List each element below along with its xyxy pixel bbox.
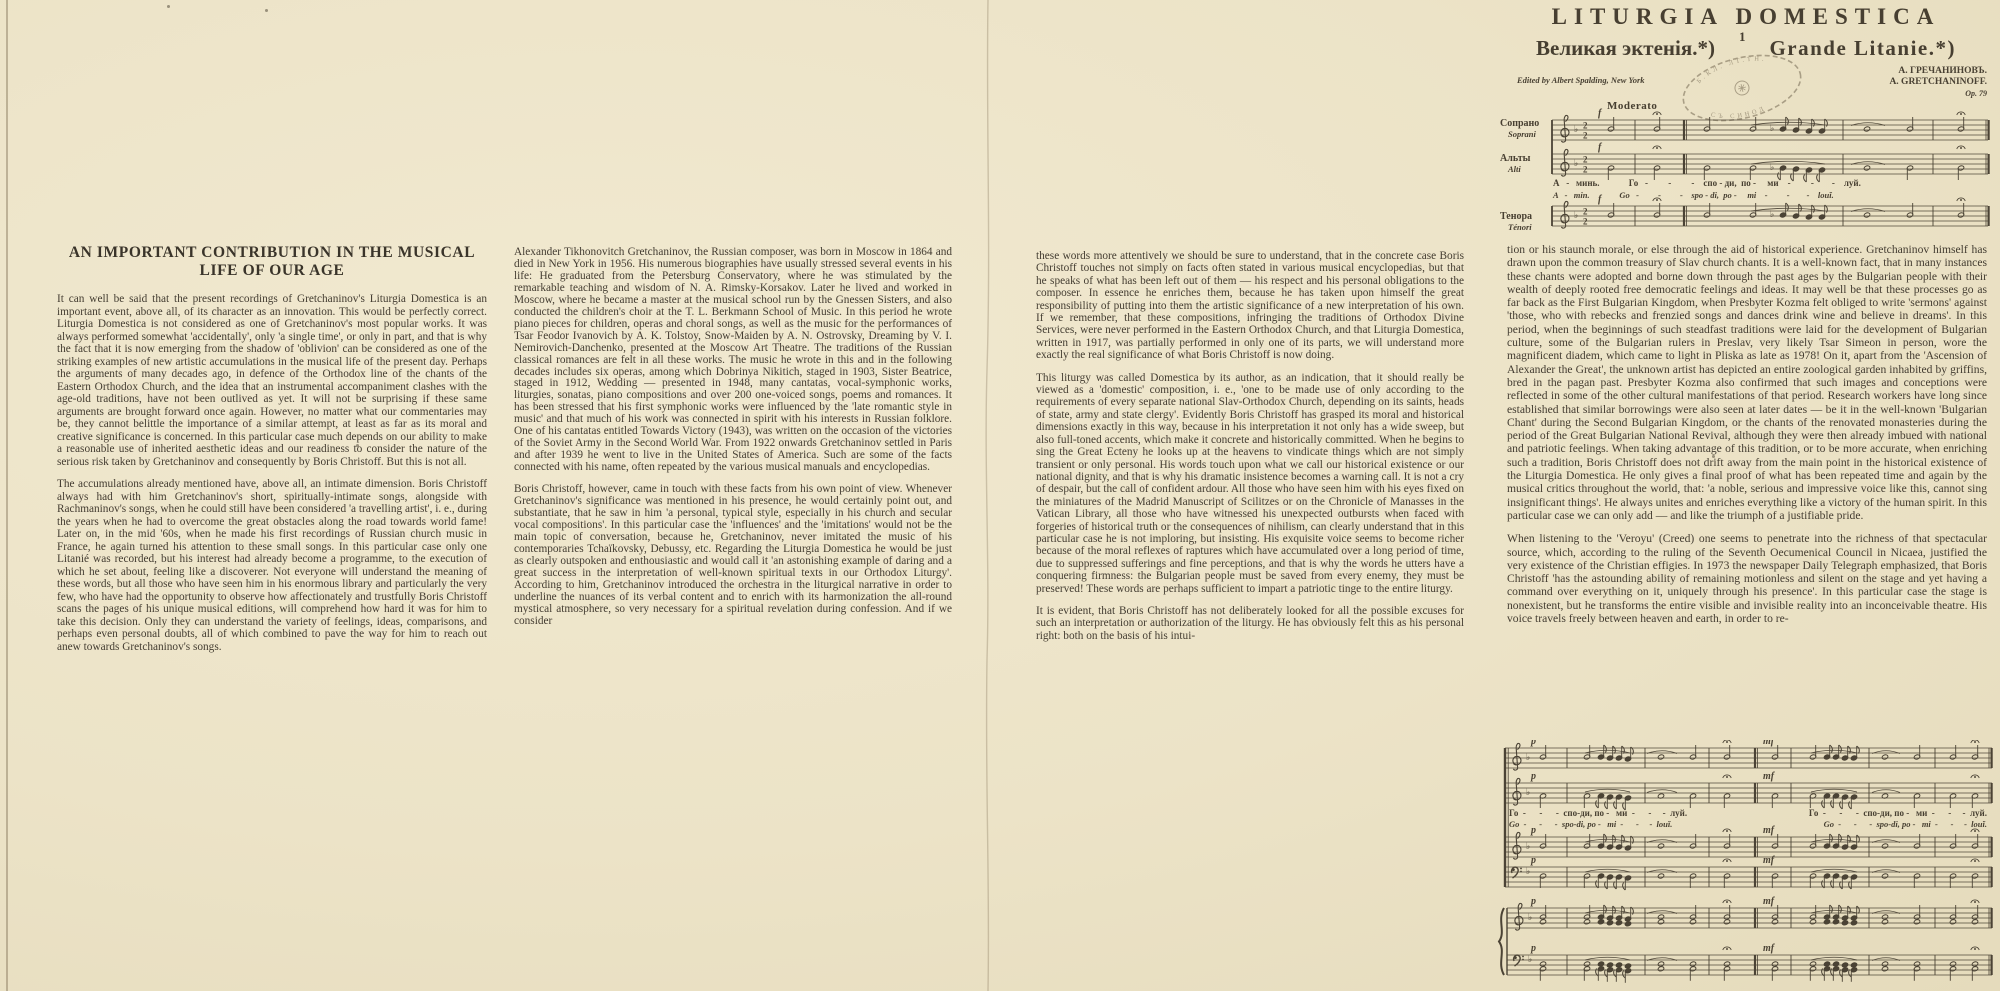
paper-speck: [265, 9, 268, 12]
lyrics-transliteration: Go - - - spo-di, po - mi - - - louĭ.: [1824, 819, 1987, 829]
paragraph: tion or his staunch morale, or else thro…: [1507, 243, 1987, 522]
paragraph: these words more attentively we should b…: [1036, 250, 1464, 362]
lyrics-cyrillic: А - минь. Го - - - спо - ди, по - ми - -…: [1553, 178, 1861, 188]
score-subtitle: Великая эктенія.*) 1 Grande Litanie.*): [1495, 36, 1997, 61]
svg-text:2: 2: [1583, 207, 1588, 217]
svg-text:♭: ♭: [1526, 753, 1530, 763]
svg-text:♭: ♭: [1770, 163, 1774, 173]
svg-text:2: 2: [1583, 165, 1588, 175]
column-2: Alexander Tikhonovitch Gretchaninov, the…: [514, 247, 952, 638]
voice-name-lat: Soprani: [1500, 129, 1539, 140]
svg-text:p: p: [1530, 855, 1536, 866]
page-edge-line: [6, 0, 8, 991]
staff-alto-2: ♭pmf: [1505, 771, 1992, 810]
svg-text:p: p: [1530, 740, 1536, 747]
paper-speck: [167, 5, 170, 8]
piano-staff: ♭pmf: [1507, 943, 1992, 983]
svg-text:СЪ СИНОД: СЪ СИНОД: [1709, 98, 1768, 126]
paragraph: Alexander Tikhonovitch Gretchaninov, the…: [514, 247, 952, 474]
svg-text:♭: ♭: [1528, 913, 1532, 923]
paragraph: The accumulations already mentioned have…: [57, 478, 487, 653]
voice-name-cyr: Альты: [1500, 153, 1530, 164]
svg-text:♭: ♭: [1574, 159, 1578, 169]
svg-text:♭: ♭: [1526, 788, 1530, 798]
opus-number: Op. 79: [1889, 88, 1987, 99]
score-title: LITURGIA DOMESTICA: [1495, 4, 1997, 30]
voice-name-cyr: Тенора: [1500, 211, 1532, 222]
lyrics-transliteration-row: Go - - - spo-di, po - mi - - - louĭ. Go …: [1509, 819, 1987, 829]
staff-tenor-2: ♭pmf: [1505, 825, 1992, 859]
svg-text:♭: ♭: [1770, 124, 1774, 134]
lyrics-transliteration: Go - - - spo-di, po - mi - - - louĭ.: [1509, 819, 1672, 829]
composer-credit: А. ГРЕЧАНИНОВЪ. A. GRETCHANINOFF. Op. 79: [1889, 66, 1987, 99]
paragraph: This liturgy was called Domestica by its…: [1036, 372, 1464, 595]
svg-text:mf: mf: [1763, 740, 1776, 747]
svg-text:mf: mf: [1763, 771, 1776, 782]
column-4: tion or his staunch morale, or else thro…: [1507, 243, 1987, 635]
svg-text:f: f: [1598, 108, 1603, 119]
editor-credit: Edited by Albert Spalding, New York: [1517, 75, 1645, 85]
svg-text:p: p: [1530, 896, 1536, 907]
column-1: AN IMPORTANT CONTRIBUTION IN THE MUSICAL…: [57, 244, 487, 663]
voice-label-tenor: Тенора Ténori: [1500, 211, 1532, 233]
music-staves-bottom: ♭pmf♭pmf♭pmf♭pmf♭pmf♭pmf: [1495, 740, 1997, 991]
lyrics-cyrillic-row: Го - - - спо-ди, по - ми - - - луй. Го -…: [1509, 808, 1987, 818]
lyrics-cyrillic: Го - - - спо-ди, по - ми - - - луй.: [1809, 808, 1987, 818]
article-heading: AN IMPORTANT CONTRIBUTION IN THE MUSICAL…: [57, 244, 487, 280]
subtitle-french: Grande Litanie.*): [1769, 36, 1956, 61]
svg-text:♭: ♭: [1770, 210, 1774, 220]
staff-soprano-2: ♭pmf: [1505, 740, 1992, 770]
svg-text:mf: mf: [1763, 943, 1776, 954]
svg-text:♭: ♭: [1526, 867, 1530, 877]
score-top-system: Б.КЛ. ЛТ.ТН. СЪ СИНОД ♭22f♭♭22f♭♭22f♭ LI…: [1495, 2, 1997, 242]
lyrics-cyrillic: Го - - - спо-ди, по - ми - - - луй.: [1509, 808, 1687, 818]
svg-text:p: p: [1530, 771, 1536, 782]
svg-text:2: 2: [1583, 131, 1588, 141]
svg-text:♭: ♭: [1526, 842, 1530, 852]
voice-name-lat: Alti: [1500, 164, 1530, 175]
voice-name-cyr: Сопрано: [1500, 118, 1539, 129]
album-liner-notes-spread: AN IMPORTANT CONTRIBUTION IN THE MUSICAL…: [0, 0, 2000, 991]
svg-text:mf: mf: [1763, 896, 1776, 907]
piano-grand-staff: [1499, 908, 1504, 975]
voice-label-soprano: Сопрано Soprani: [1500, 118, 1539, 140]
staff-soprano: ♭22f♭: [1552, 108, 1989, 142]
stamp-bottom-text: СЪ СИНОД: [1709, 98, 1768, 126]
paragraph: It can well be said that the present rec…: [57, 293, 487, 468]
svg-text:2: 2: [1583, 155, 1588, 165]
paragraph: It is evident, that Boris Christoff has …: [1036, 605, 1464, 642]
staff-bass-2: ♭pmf: [1505, 855, 1992, 890]
svg-text:mf: mf: [1763, 855, 1776, 866]
svg-text:♭: ♭: [1574, 125, 1578, 135]
voice-label-alto: Альты Alti: [1500, 153, 1530, 175]
svg-text:♭: ♭: [1528, 955, 1532, 965]
svg-text:p: p: [1530, 943, 1536, 954]
score-bottom-system: ♭pmf♭pmf♭pmf♭pmf♭pmf♭pmf Го - - - спо-ди…: [1495, 740, 1997, 991]
paragraph: Boris Christoff, however, came in touch …: [514, 484, 952, 627]
gatefold-crease: [980, 0, 996, 991]
svg-text:2: 2: [1583, 121, 1588, 131]
column-3: these words more attentively we should b…: [1036, 250, 1464, 652]
lyrics-transliteration: A - min. Go - - - spo - di, po - mi - - …: [1553, 190, 1834, 200]
tempo-marking: Moderato: [1607, 100, 1657, 112]
svg-text:♭: ♭: [1574, 211, 1578, 221]
piano-staff: ♭pmf: [1507, 896, 1992, 930]
svg-text:f: f: [1598, 142, 1603, 153]
voice-name-lat: Ténori: [1500, 222, 1532, 233]
svg-text:2: 2: [1583, 217, 1588, 227]
composer-cyrillic: А. ГРЕЧАНИНОВЪ.: [1889, 66, 1987, 77]
composer-latin: A. GRETCHANINOFF.: [1889, 77, 1987, 88]
score-page-number: 1: [1739, 29, 1746, 45]
subtitle-cyrillic: Великая эктенія.*): [1536, 36, 1715, 61]
paragraph: When listening to the 'Veroyu' (Creed) o…: [1507, 532, 1987, 625]
staff-alto: ♭22f♭: [1552, 142, 1989, 182]
